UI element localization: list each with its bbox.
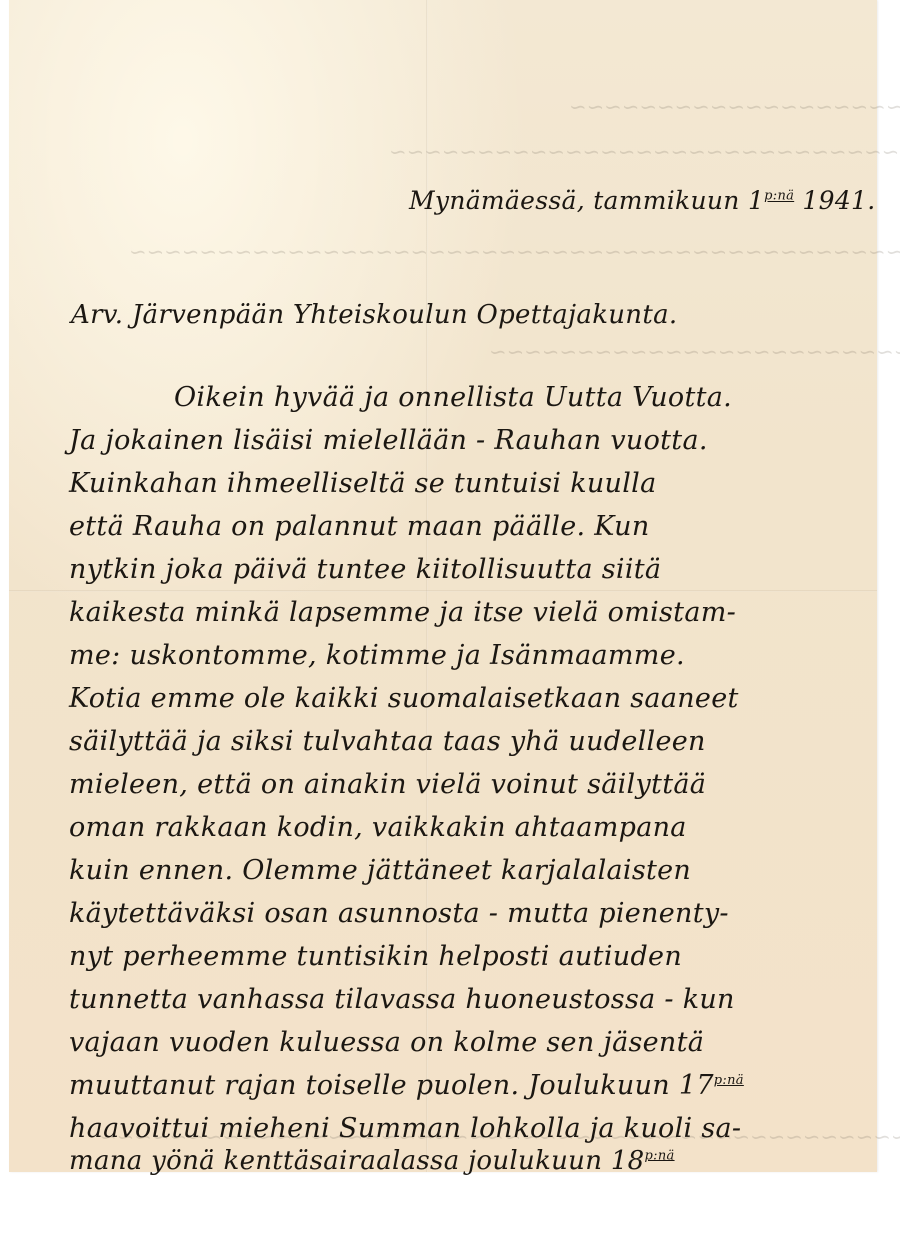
body-line-3: Kuinkahan ihmeelliseltä se tuntuisi kuul… [69,468,657,499]
bleed-through-text: ~~~~~~~~~~~~~~~~~~~~~~~~~~ [489,340,900,364]
letter-page: ~~~~~~~~~~~~~~~~~~~ ~~~~~~~~~~~~~~~~~~~~… [9,0,877,1172]
body-line-5: nytkin joka päivä tuntee kiitollisuutta … [69,554,661,585]
body-line-2: Ja jokainen lisäisi mielellään - Rauhan … [69,425,708,456]
body-line-6: kaikesta minkä lapsemme ja itse vielä om… [69,597,736,628]
body-line-7: me: uskontomme, kotimme ja Isänmaamme. [69,640,685,671]
bleed-through-text: ~~~~~~~~~~~~~~~~~~~ [569,95,900,119]
body-line-4: että Rauha on palannut maan päälle. Kun [69,511,650,542]
salutation: Arv. Järvenpään Yhteiskoulun Opettajakun… [71,300,677,330]
body-line-17: muuttanut rajan toiselle puolen. Jouluku… [69,1070,744,1101]
body-line-13: käytettäväksi osan asunnosta - mutta pie… [69,898,729,929]
body-line-12: kuin ennen. Olemme jättäneet karjalalais… [69,855,691,886]
horizontal-fold-crease [9,590,877,592]
body-line-14: nyt perheemme tuntisikin helposti autiud… [69,941,682,972]
body-line-8: Kotia emme ole kaikki suomalaisetkaan sa… [69,683,739,714]
body-line-9: säilyttää ja siksi tulvahtaa taas yhä uu… [69,726,706,757]
bleed-through-text: ~~~~~~~~~~~~~~~~~~~~~~~~~~~~~~~~~~~ [389,140,900,164]
body-line-18: haavoittui mieheni Summan lohkolla ja ku… [69,1113,741,1144]
body-line-16: vajaan vuoden kuluessa on kolme sen jäse… [69,1027,704,1058]
bleed-through-text: ~~~~~~~~~~~~~~~~~~~~~~~~~~~~~~~~~~~~~~~~… [129,240,900,264]
body-line-1: Oikein hyvää ja onnellista Uutta Vuotta. [174,382,732,413]
place-and-date: Mynämäessä, tammikuun 1p:nä 1941. [409,186,876,215]
body-line-19: mana yönä kenttäsairaalassa joulukuun 18… [69,1146,675,1176]
body-line-10: mieleen, että on ainakin vielä voinut sä… [69,769,706,800]
body-line-11: oman rakkaan kodin, vaikkakin ahtaampana [69,812,687,843]
body-line-15: tunnetta vanhassa tilavassa huoneustossa… [69,984,735,1015]
